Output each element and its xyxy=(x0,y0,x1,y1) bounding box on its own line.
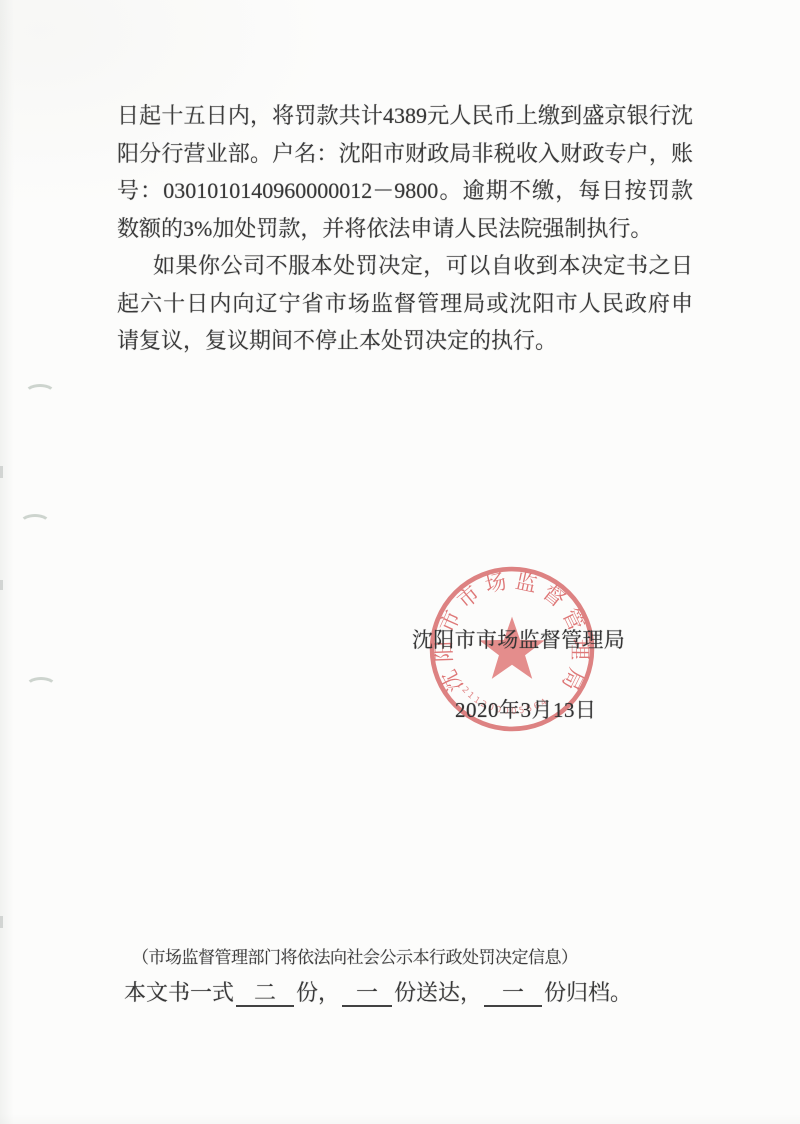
body-line: 如果你公司不服本处罚决定，可以自收到本决定书之日 xyxy=(117,247,693,285)
archived-count-blank: 一 xyxy=(484,981,542,1007)
body-line: 日起十五日内，将罚款共计4389元人民币上缴到盛京银行沈 xyxy=(117,97,693,135)
scanned-document-page: 日起十五日内，将罚款共计4389元人民币上缴到盛京银行沈 阳分行营业部。户名：沈… xyxy=(0,0,800,1124)
hole-punch-mark xyxy=(25,677,57,697)
delivered-count-blank: 一 xyxy=(342,981,392,1007)
copies-seg3: 份归档。 xyxy=(544,980,632,1005)
scan-edge-artifact xyxy=(0,580,3,590)
body-line: 请复议，复议期间不停止本处罚决定的执行。 xyxy=(117,322,693,360)
decision-date: 2020年3月13日 xyxy=(455,694,597,724)
body-line: 数额的3%加处罚款，并将依法申请人民法院强制执行。 xyxy=(117,210,693,248)
copies-count-blank: 二 xyxy=(236,981,294,1007)
body-text: 日起十五日内，将罚款共计4389元人民币上缴到盛京银行沈 阳分行营业部。户名：沈… xyxy=(117,97,693,360)
scan-edge-artifact xyxy=(0,466,3,478)
copies-seg2: 份送达， xyxy=(394,980,482,1005)
copies-prefix: 本文书一式 xyxy=(124,980,234,1005)
scan-edge-artifact xyxy=(0,916,3,928)
hole-punch-mark xyxy=(24,384,56,404)
body-line: 起六十日内向辽宁省市场监督管理局或沈阳市人民政府申 xyxy=(117,285,693,323)
issuing-authority: 沈阳市市场监督管理局 xyxy=(412,624,625,654)
public-disclosure-notice: （市场监督管理部门将依法向社会公示本行政处罚决定信息） xyxy=(132,943,578,968)
copies-seg1: 份， xyxy=(296,980,340,1005)
body-line: 号：0301010140960000012－9800。逾期不缴，每日按罚款 xyxy=(117,172,693,210)
copies-distribution-line: 本文书一式二份，一份送达，一份归档。 xyxy=(124,976,632,1007)
hole-punch-mark xyxy=(19,514,51,534)
body-line: 阳分行营业部。户名：沈阳市财政局非税收入财政专户，账 xyxy=(117,135,693,173)
